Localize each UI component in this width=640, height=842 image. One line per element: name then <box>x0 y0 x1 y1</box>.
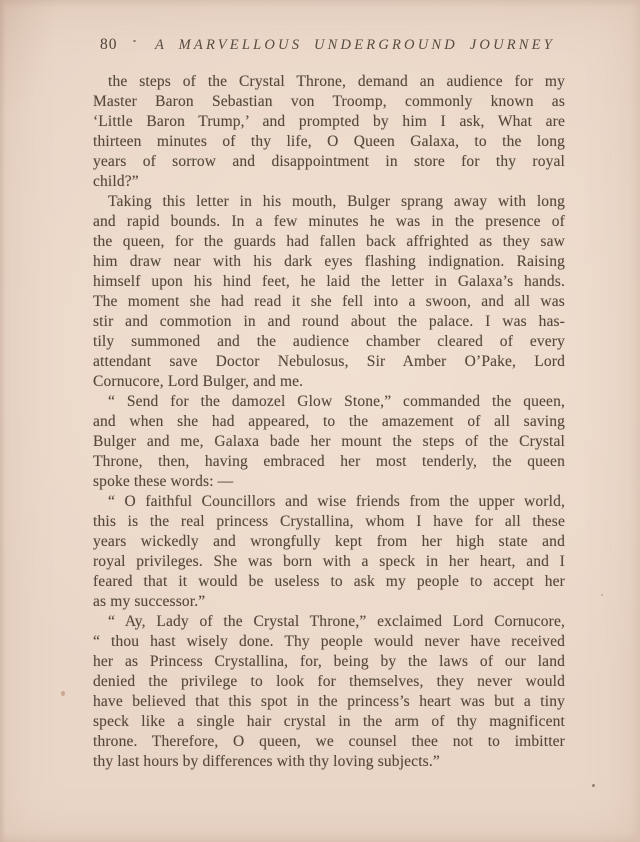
text-line: “ Ay, Lady of the Crystal Throne,” excla… <box>93 612 565 632</box>
text-line: stir and commotion in and round about th… <box>93 312 565 332</box>
page-corner-shading <box>0 0 60 120</box>
text-line: Cornucore, Lord Bulger, and me. <box>93 372 565 392</box>
paragraph: “ Send for the damozel Glow Stone,” comm… <box>93 392 565 492</box>
text-line: thirteen minutes of thy life, O Queen Ga… <box>93 132 565 152</box>
text-line: and rapid bounds. In a few minutes he wa… <box>93 212 565 232</box>
paragraph: “ O faithful Councillors and wise friend… <box>93 492 565 612</box>
paper-speck <box>133 40 136 42</box>
text-line: “ Send for the damozel Glow Stone,” comm… <box>93 392 565 412</box>
running-header: 80 A MARVELLOUS UNDERGROUND JOURNEY <box>93 36 565 58</box>
text-line: child?” <box>93 172 565 192</box>
text-line: thy last hours by differences with thy l… <box>93 752 565 772</box>
text-line: spoke these words: — <box>93 472 565 492</box>
text-line: years wickedly and wrongfully kept from … <box>93 532 565 552</box>
text-line: ‘Little Baron Trump,’ and prompted by hi… <box>93 112 565 132</box>
text-line: tily summoned and the audience chamber c… <box>93 332 565 352</box>
text-line: speck like a single hair crystal in the … <box>93 712 565 732</box>
text-line: her as Princess Crystallina, for, being … <box>93 652 565 672</box>
text-line: Throne, then, having embraced her most t… <box>93 452 565 472</box>
paper-speck <box>61 691 65 696</box>
paper-speck <box>601 594 603 596</box>
text-line: the queen, for the guards had fallen bac… <box>93 232 565 252</box>
text-line: as my successor.” <box>93 592 565 612</box>
text-line: denied the privilege to look for themsel… <box>93 672 565 692</box>
text-line: royal privileges. She was born with a sp… <box>93 552 565 572</box>
text-line: attendant save Doctor Nebulosus, Sir Amb… <box>93 352 565 372</box>
text-line: have believed that this spot in the prin… <box>93 692 565 712</box>
text-line: and when she had appeared, to the amazem… <box>93 412 565 432</box>
text-line: Master Baron Sebastian von Troomp, commo… <box>93 92 565 112</box>
paper-speck <box>592 784 595 787</box>
text-line: Taking this letter in his mouth, Bulger … <box>93 192 565 212</box>
text-line: The moment she had read it she fell into… <box>93 292 565 312</box>
text-line: “ thou hast wisely done. Thy people woul… <box>93 632 565 652</box>
paragraph: the steps of the Crystal Throne, demand … <box>93 72 565 192</box>
paragraph: “ Ay, Lady of the Crystal Throne,” excla… <box>93 612 565 772</box>
text-line: throne. Therefore, O queen, we counsel t… <box>93 732 565 752</box>
text-line: Bulger and me, Galaxa bade her mount the… <box>93 432 565 452</box>
text-line: years of sorrow and disappointment in st… <box>93 152 565 172</box>
paragraph: Taking this letter in his mouth, Bulger … <box>93 192 565 392</box>
book-page-scan: 80 A MARVELLOUS UNDERGROUND JOURNEY the … <box>0 0 640 842</box>
running-title: A MARVELLOUS UNDERGROUND JOURNEY <box>93 37 565 54</box>
page-body-text: the steps of the Crystal Throne, demand … <box>93 72 565 772</box>
text-line: this is the real princess Crystallina, w… <box>93 512 565 532</box>
text-line: “ O faithful Councillors and wise friend… <box>93 492 565 512</box>
text-line: feared that it would be useless to ask m… <box>93 572 565 592</box>
text-line: himself upon his hind feet, he laid the … <box>93 272 565 292</box>
text-line: the steps of the Crystal Throne, demand … <box>93 72 565 92</box>
text-line: him draw near with his dark eyes flashin… <box>93 252 565 272</box>
